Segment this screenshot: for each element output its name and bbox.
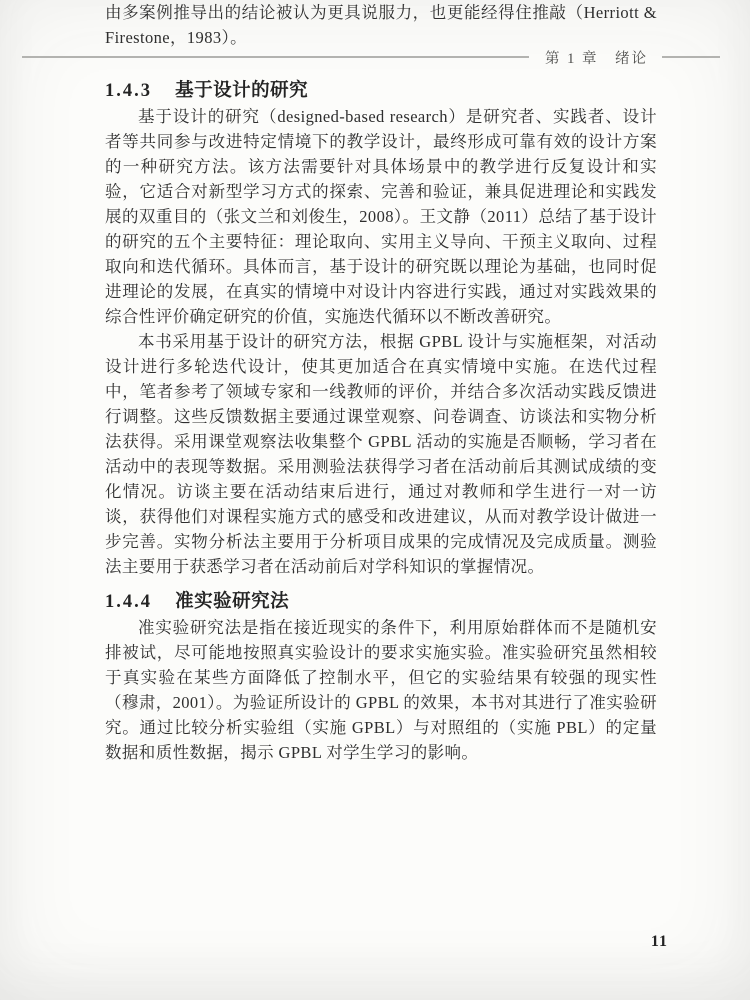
section-number: 1.4.4 [105,592,152,612]
header-rule-right [662,56,720,58]
section-1-4-3-paragraph-2: 本书采用基于设计的研究方法，根据 GPBL 设计与实施框架，对活动设计进行多轮迭… [105,329,657,579]
page-text-column: 由多案例推导出的结论被认为更具说服力，也更能经得住推敲（Herriott & F… [105,0,657,765]
page-number: 11 [651,933,668,951]
section-1-4-4-paragraph-1: 准实验研究法是指在接近现实的条件下，利用原始群体而不是随机安排被试，尽可能地按照… [105,615,657,765]
section-title: 准实验研究法 [175,592,289,612]
section-heading-1-4-4: 1.4.4 准实验研究法 [105,589,657,615]
intro-paragraph: 由多案例推导出的结论被认为更具说服力，也更能经得住推敲（Herriott & F… [105,0,657,50]
section-1-4-3-paragraph-1: 基于设计的研究（designed-based research）是研究者、实践者… [105,104,657,329]
section-title: 基于设计的研究 [175,81,308,101]
section-heading-1-4-3: 1.4.3 基于设计的研究 [105,78,657,104]
section-number: 1.4.3 [105,81,152,101]
